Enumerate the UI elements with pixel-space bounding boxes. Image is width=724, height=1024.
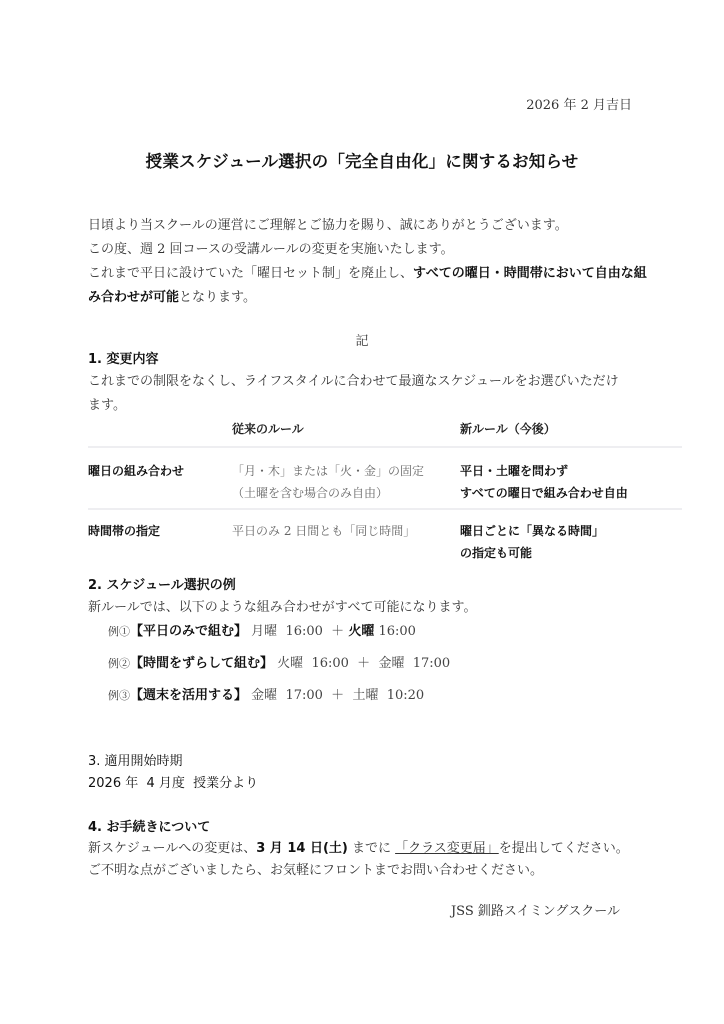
example-title: 【週末を活用する】 [130,688,247,703]
example-day-2: 土曜 [352,688,378,703]
table-header: 従来のルール 新ルール（今後） [88,420,682,448]
example-day-1: 金曜 [251,688,277,703]
intro-line-3-pre: これまで平日に設けていた「曜日セット制」を廃止し、 [88,266,413,281]
plus-sign: ＋ [331,688,344,703]
new-rule-cell: 曜日ごとに「異なる時間」 の指定も可能 [460,520,604,564]
plus-sign: ＋ [357,656,370,671]
new-rule-cell: 平日・土曜を問わず すべての曜日で組み合わせ自由 [460,460,628,504]
procedure-pre: 新スケジュールへの変更は、 [88,841,256,856]
example-time-2: 17:00 [413,656,450,671]
example-1: 例①【平日のみで組む】 月曜 16:00 ＋ 火曜 16:00 [108,620,416,639]
example-day-1: 火曜 [277,656,303,671]
example-day-2: 金曜 [378,656,404,671]
new-rule-line: の指定も可能 [460,542,604,564]
section-2-text: 新ルールでは、以下のような組み合わせがすべて可能になります。 [88,596,476,615]
header-new-rule: 新ルール（今後） [460,420,556,437]
rules-comparison-table: 従来のルール 新ルール（今後） 曜日の組み合わせ 「月・木」または「火・金」の固… [88,420,682,566]
example-label: 例③ [108,689,130,702]
example-label: 例① [108,625,130,638]
deadline-date: 3 月 14 日(土) [256,841,348,856]
example-label: 例② [108,657,130,670]
example-time-2: 10:20 [387,688,424,703]
old-rule-line: 平日のみ 2 日間とも「同じ時間」 [232,520,415,542]
section-3-text: 2026 年 4 月度 授業分より [88,772,258,791]
issue-date: 2026 年 2 月吉日 [526,94,632,113]
row-label: 曜日の組み合わせ [88,460,184,482]
intro-paragraph: 日頃より当スクールの運営にご理解とご協力を賜り、誠にありがとうございます。 この… [88,214,648,310]
intro-line-3: これまで平日に設けていた「曜日セット制」を廃止し、すべての曜日・時間帯において自… [88,262,648,310]
old-rule-line: 「月・木」または「火・金」の固定 [232,460,424,482]
example-day-2: 火曜 [348,624,374,639]
example-title: 【平日のみで組む】 [130,624,247,639]
section-1-text: これまでの制限をなくし、ライフスタイルに合わせて最適なスケジュールをお選びいただ… [88,370,628,418]
row-label: 時間帯の指定 [88,520,160,542]
plus-sign: ＋ [331,624,344,639]
section-4-text: 新スケジュールへの変更は、3 月 14 日(土) までに 「クラス変更届」を提出… [88,838,648,882]
section-3-heading: 3. 適用開始時期 [88,750,183,769]
example-3: 例③【週末を活用する】 金曜 17:00 ＋ 土曜 10:20 [108,684,424,703]
section-4-heading: 4. お手続きについて [88,816,210,835]
new-rule-line: 曜日ごとに「異なる時間」 [460,520,604,542]
example-time-1: 16:00 [311,656,348,671]
signature: JSS 釧路スイミングスクール [451,900,620,919]
header-old-rule: 従来のルール [232,420,304,437]
table-row: 時間帯の指定 平日のみ 2 日間とも「同じ時間」 曜日ごとに「異なる時間」 の指… [88,510,682,566]
example-day-1: 月曜 [251,624,277,639]
example-time-1: 16:00 [285,624,322,639]
class-change-form-link[interactable]: 「クラス変更届」 [395,841,499,856]
old-rule-cell: 「月・木」または「火・金」の固定 （土曜を含む場合のみ自由） [232,460,424,504]
new-rule-line: 平日・土曜を問わず [460,460,628,482]
section-4-line-1: 新スケジュールへの変更は、3 月 14 日(土) までに 「クラス変更届」を提出… [88,838,648,860]
intro-line-1: 日頃より当スクールの運営にご理解とご協力を賜り、誠にありがとうございます。 [88,214,648,238]
old-rule-line: （土曜を含む場合のみ自由） [232,482,424,504]
intro-line-2: この度、週 2 回コースの受講ルールの変更を実施いたします。 [88,238,648,262]
procedure-mid: までに [348,841,395,856]
section-2-heading: 2. スケジュール選択の例 [88,574,236,593]
procedure-post: を提出してください。 [499,841,629,856]
old-rule-cell: 平日のみ 2 日間とも「同じ時間」 [232,520,415,542]
table-row: 曜日の組み合わせ 「月・木」または「火・金」の固定 （土曜を含む場合のみ自由） … [88,448,682,510]
section-4-line-2: ご不明な点がございましたら、お気軽にフロントまでお問い合わせください。 [88,860,648,882]
page-title: 授業スケジュール選択の「完全自由化」に関するお知らせ [0,148,724,172]
example-title: 【時間をずらして組む】 [130,656,273,671]
example-2: 例②【時間をずらして組む】 火曜 16:00 ＋ 金曜 17:00 [108,652,450,671]
section-1-heading: 1. 変更内容 [88,348,159,367]
intro-line-3-post: となります。 [179,290,256,305]
example-time-1: 17:00 [285,688,322,703]
new-rule-line: すべての曜日で組み合わせ自由 [460,482,628,504]
ki-marker: 記 [0,330,724,349]
example-time-2: 16:00 [378,624,415,639]
